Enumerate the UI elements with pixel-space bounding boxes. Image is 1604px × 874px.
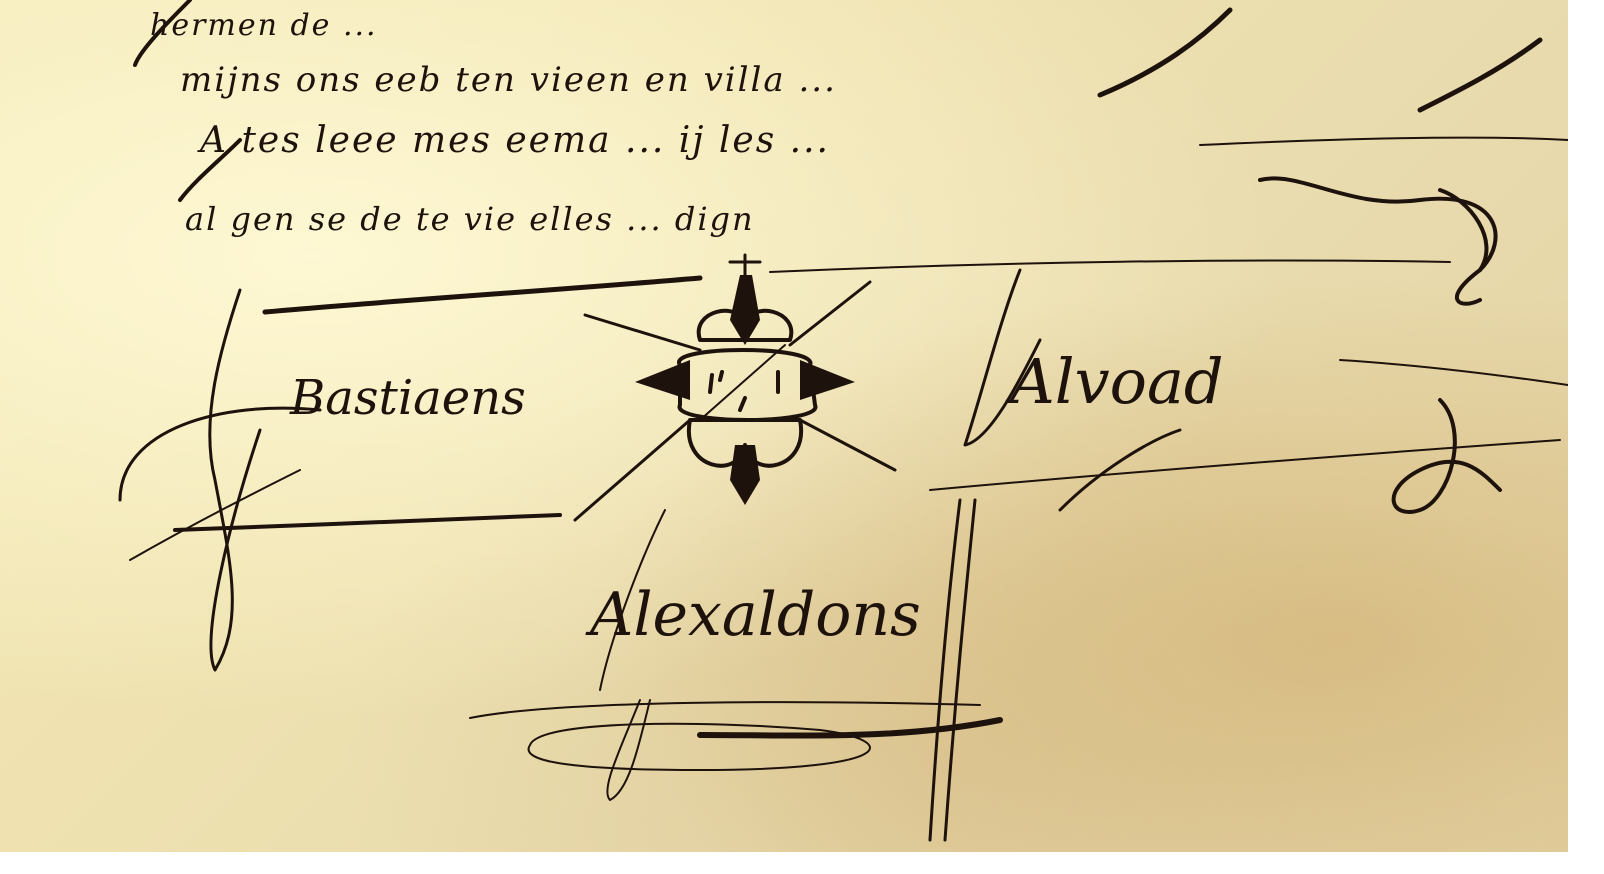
signature-bottom: Alexaldons — [590, 580, 921, 650]
signature-right: Alvoad — [1010, 345, 1224, 418]
manuscript-line-4: al gen se de te vie elles ... dign — [185, 200, 755, 238]
manuscript-photo: hermen de ... mijns ons eeb ten vieen en… — [0, 0, 1568, 852]
signature-left: Bastiaens — [290, 370, 526, 426]
manuscript-line-2: mijns ons eeb ten vieen en villa ... — [180, 60, 837, 100]
manuscript-line-1: hermen de ... — [150, 8, 378, 43]
notarial-sign-icon — [575, 255, 895, 520]
manuscript-line-3: A tes leee mes eema ... ij les ... — [200, 120, 830, 161]
